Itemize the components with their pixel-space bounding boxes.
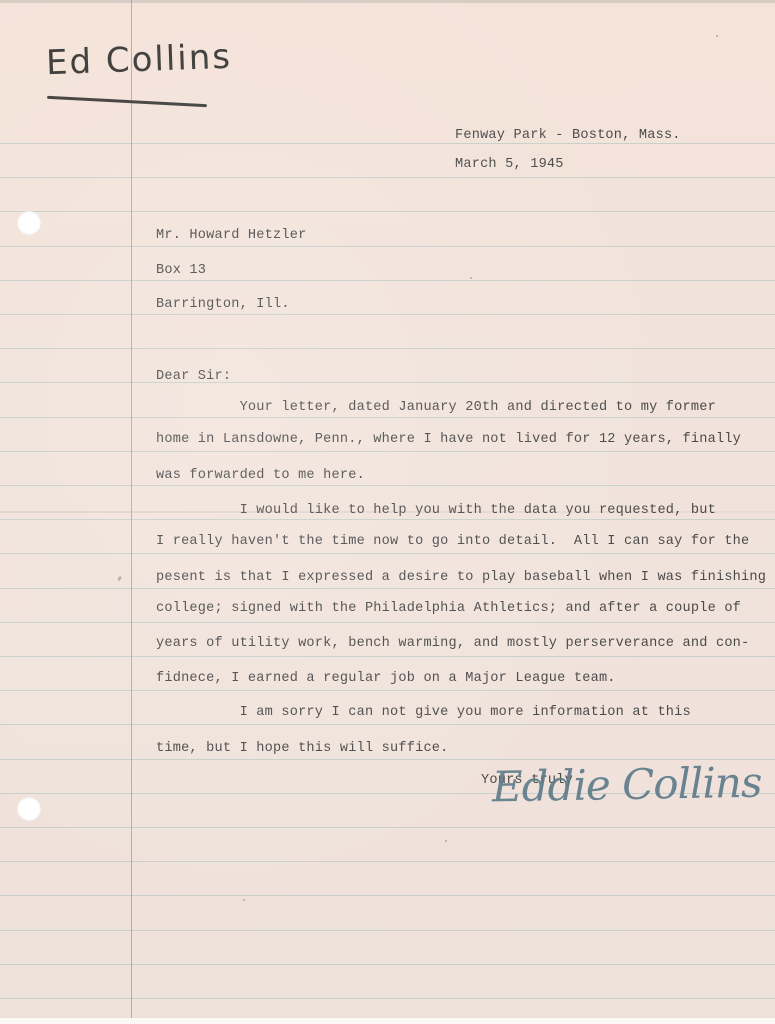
ruled-line [0,211,775,212]
ruled-line [0,861,775,862]
letter-page: Ed Collins Fenway Park - Boston, Mass. M… [0,0,775,1024]
body-line: fidnece, I earned a regular job on a Maj… [156,671,616,686]
body-line: college; signed with the Philadelphia At… [156,601,741,616]
punch-hole-bottom [17,797,41,821]
paper-speck [445,840,447,842]
ruled-line [0,417,775,418]
ruled-line [0,588,775,589]
body-line: I would like to help you with the data y… [156,503,716,518]
handwritten-signature: Eddie Collins [492,758,762,812]
ruled-line [0,314,775,315]
handwritten-name-note: Ed Collins [45,37,232,83]
ruled-line [0,348,775,349]
recipient-address-line-2: Barrington, Ill. [156,297,290,312]
red-margin-line [131,0,132,1020]
punch-hole-top [17,211,41,235]
salutation: Dear Sir: [156,369,231,384]
ink-mark [117,576,122,582]
ruled-line [0,690,775,691]
ruled-line [0,246,775,247]
ruled-line [0,177,775,178]
ruled-line [0,280,775,281]
ruled-line [0,964,775,965]
handwritten-underline [47,96,207,107]
paper-speck [470,277,472,279]
letter-date: March 5, 1945 [455,157,564,172]
ruled-line [0,143,775,144]
ruled-line [0,656,775,657]
ruled-line [0,895,775,896]
recipient-name: Mr. Howard Hetzler [156,228,306,243]
body-line: pesent is that I expressed a desire to p… [156,570,766,585]
ruled-line [0,724,775,725]
paper-speck [716,35,718,37]
ruled-line [0,519,775,520]
paper-top-edge [0,0,775,3]
paper-speck [243,899,245,901]
body-line: Your letter, dated January 20th and dire… [156,400,716,415]
body-line: home in Lansdowne, Penn., where I have n… [156,432,741,447]
ruled-line [0,998,775,999]
ruled-line [0,930,775,931]
body-line: I really haven't the time now to go into… [156,534,749,549]
ruled-line [0,451,775,452]
ruled-line [0,622,775,623]
body-line: was forwarded to me here. [156,468,365,483]
body-line: I am sorry I can not give you more infor… [156,705,691,720]
ruled-line [0,553,775,554]
body-line: time, but I hope this will suffice. [156,741,449,756]
ruled-line [0,382,775,383]
letterhead-location: Fenway Park - Boston, Mass. [455,128,681,143]
body-line: years of utility work, bench warming, an… [156,636,749,651]
recipient-address-line-1: Box 13 [156,263,206,278]
ruled-line [0,827,775,828]
paper-bottom-edge [0,1018,775,1024]
ruled-line [0,485,775,486]
